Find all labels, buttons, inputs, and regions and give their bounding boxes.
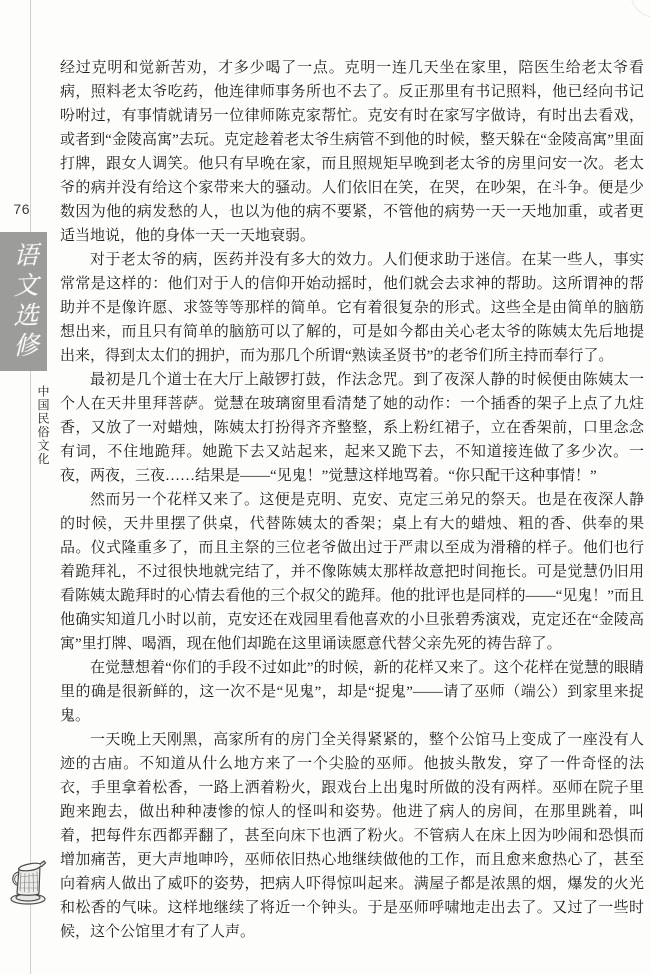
paragraph: 经过克明和觉新苦劝，才多少喝了一点。克明一连几天坐在家里，陪医生给老太爷看病，照… xyxy=(60,56,644,248)
series-badge: 语文选修 xyxy=(0,232,47,371)
paragraph: 然而另一个花样又来了。这便是克明、克安、克定三弟兄的祭天。也是在夜深人静的时候，… xyxy=(60,488,644,656)
series-title-vertical: 语文选修 xyxy=(11,241,36,362)
paragraph: 最初是几个道士在大厅上敲锣打鼓，作法念咒。到了夜深人静的时候便由陈姨太一个人在天… xyxy=(60,368,644,488)
scan-artifact xyxy=(630,0,650,18)
page-number: 76 xyxy=(6,201,30,217)
paragraph: 在觉慧想着“你们的手段不过如此”的时候，新的花样又来了。这个花样在觉慧的眼睛里的… xyxy=(60,656,644,728)
paragraph: 一天晚上天刚黑，高家所有的房门全关得紧紧的，整个公馆马上变成了一座没有人迹的古庙… xyxy=(60,728,644,944)
collection-title-vertical: 中国民俗文化 xyxy=(37,385,49,466)
margin-rule xyxy=(30,0,31,974)
book-page: 76 语文选修 中国民俗文化 经过克明和觉新苦劝，才多少喝了一点。克明一连几天坐… xyxy=(0,0,650,974)
body-text: 经过克明和觉新苦劝，才多少喝了一点。克明一连几天坐在家里，陪医生给老太爷看病，照… xyxy=(60,56,644,944)
teapot-icon xyxy=(4,855,50,909)
paragraph: 对于老太爷的病，医药并没有多大的效力。人们便求助于迷信。在某一些人，事实常常是这… xyxy=(60,248,644,368)
